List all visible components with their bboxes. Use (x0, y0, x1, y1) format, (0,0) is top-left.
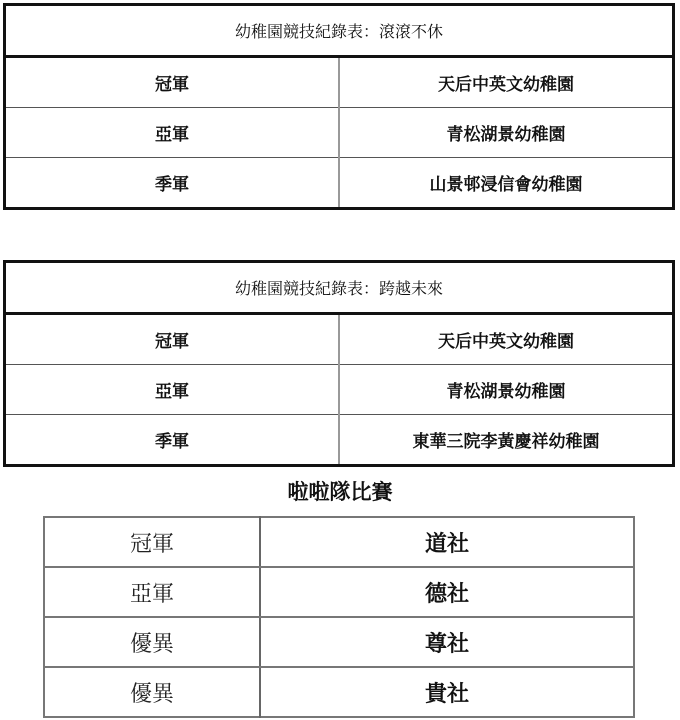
table-row: 冠軍 天后中英文幼稚園 (5, 57, 674, 108)
table-row: 優異 尊社 (44, 617, 634, 667)
place-cell: 亞軍 (5, 365, 340, 415)
place-cell: 優異 (44, 617, 260, 667)
kindergarten-record-table-rolling: 幼稚園競技紀錄表：滾滾不休 冠軍 天后中英文幼稚園 亞軍 青松湖景幼稚園 季軍 … (3, 3, 675, 210)
cheerleading-table: 冠軍 道社 亞軍 德社 優異 尊社 優異 貴社 (43, 516, 635, 718)
place-cell: 冠軍 (44, 517, 260, 567)
table-row: 亞軍 青松湖景幼稚園 (5, 365, 674, 415)
place-cell: 優異 (44, 667, 260, 717)
table-title: 幼稚園競技紀錄表：滾滾不休 (5, 5, 674, 57)
club-cell: 尊社 (260, 617, 634, 667)
club-cell: 道社 (260, 517, 634, 567)
table-row: 冠軍 天后中英文幼稚園 (5, 314, 674, 365)
school-cell: 青松湖景幼稚園 (339, 108, 674, 158)
table-row: 亞軍 青松湖景幼稚園 (5, 108, 674, 158)
table-row: 季軍 山景邨浸信會幼稚園 (5, 158, 674, 209)
school-cell: 山景邨浸信會幼稚園 (339, 158, 674, 209)
club-cell: 德社 (260, 567, 634, 617)
club-cell: 貴社 (260, 667, 634, 717)
school-cell: 青松湖景幼稚園 (339, 365, 674, 415)
table-title: 幼稚園競技紀錄表：跨越未來 (5, 262, 674, 314)
place-cell: 季軍 (5, 415, 340, 466)
table-row: 冠軍 道社 (44, 517, 634, 567)
place-cell: 亞軍 (5, 108, 340, 158)
place-cell: 冠軍 (5, 57, 340, 108)
table-row: 優異 貴社 (44, 667, 634, 717)
place-cell: 冠軍 (5, 314, 340, 365)
cheerleading-title: 啦啦隊比賽 (0, 476, 680, 506)
school-cell: 東華三院李黃慶祥幼稚園 (339, 415, 674, 466)
place-cell: 亞軍 (44, 567, 260, 617)
table-row: 季軍 東華三院李黃慶祥幼稚園 (5, 415, 674, 466)
school-cell: 天后中英文幼稚園 (339, 314, 674, 365)
kindergarten-record-table-future: 幼稚園競技紀錄表：跨越未來 冠軍 天后中英文幼稚園 亞軍 青松湖景幼稚園 季軍 … (3, 260, 675, 467)
place-cell: 季軍 (5, 158, 340, 209)
table-row: 亞軍 德社 (44, 567, 634, 617)
school-cell: 天后中英文幼稚園 (339, 57, 674, 108)
